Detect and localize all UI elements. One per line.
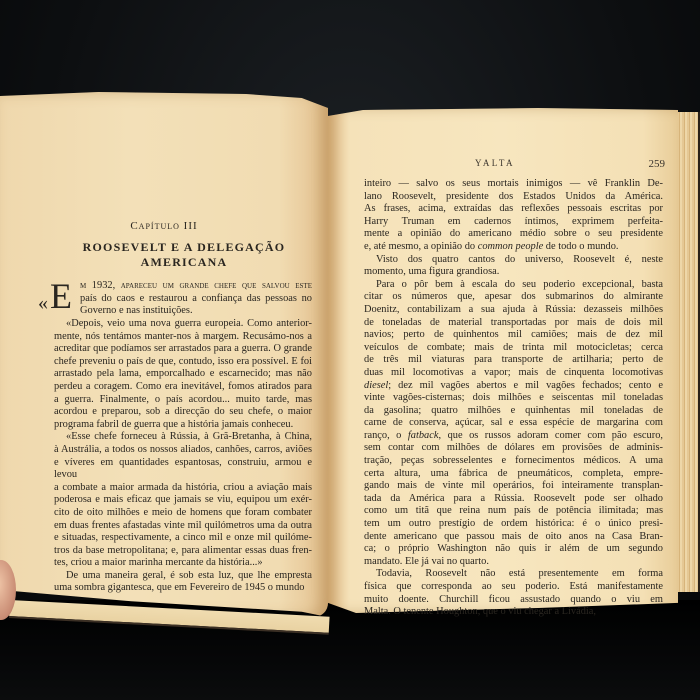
text-line: De uma maneira geral, é sob esta luz, qu… <box>54 570 312 583</box>
text-line: carne de conserva, açúcar, sal e essa es… <box>364 417 663 430</box>
text-line: tes, criou a maior marinha mercante da h… <box>54 557 312 570</box>
text-line: tros da base metropolitana; e, para alim… <box>54 545 312 558</box>
text-line: duas mil locomotivas a vapor; mais de ci… <box>364 367 663 380</box>
text-line: Doenitz, contabilizam a sua ajuda à Rúss… <box>364 304 663 317</box>
text-line: mente a opinião do americano médio sobre… <box>364 228 663 241</box>
paragraph: De uma maneira geral, é sob esta luz, qu… <box>54 570 312 595</box>
text-line: Governo e nas instituições. <box>80 305 312 318</box>
drop-cap-letter: E <box>50 278 72 314</box>
text-line: e situadas, respectivamente, a cinco mil… <box>54 532 312 545</box>
italic-term: diesel <box>364 380 388 391</box>
text-line: de toneladas de material transportadas p… <box>364 317 663 330</box>
paragraph: «Depois, veio uma nova guerra europeia. … <box>54 318 312 431</box>
paragraph: «Esse chefe forneceu à Rússia, à Grã-Bre… <box>54 431 312 570</box>
opening-paragraph: m 1932, apareceu um grande chefe que sal… <box>80 280 312 318</box>
text-line: momento, uma figura grandiosa. <box>364 266 663 279</box>
text-line: Todavia, Roosevelt não está presentement… <box>364 568 663 581</box>
text-line: tada da América para a Rússia. Roosevelt… <box>364 493 663 506</box>
text-line: lano Roosevelt, presidente dos Estados U… <box>364 191 663 204</box>
text-line: diesel; dez mil vagões abertos e mil vag… <box>364 380 663 393</box>
text-line: ca; o próprio Washington não quis ir alé… <box>364 543 663 556</box>
text-line: poderosa e mais eficaz que jamais se viu… <box>54 494 312 507</box>
paragraph: Para o pôr bem à escala do seu poderio e… <box>364 279 663 569</box>
text-line: gando mais de vinte mil operários, foi i… <box>364 480 663 493</box>
text-line: Visto dos quatro cantos do universo, Roo… <box>364 254 663 267</box>
chapter-label: Capítulo III <box>0 220 328 232</box>
text-line: chefe preveniu o país de que, contudo, i… <box>54 356 312 369</box>
text-line: a guerra. Finalmente, o país acordou... … <box>54 394 312 407</box>
text-line: à Austrália, a todos os nossos aliados, … <box>54 444 312 457</box>
text-line: acordou e preparou, sob a direcção do se… <box>54 406 312 419</box>
running-header-title: YALTA <box>475 158 515 168</box>
text-line: citar os números que, apesar dos submari… <box>364 291 663 304</box>
text-line: de três mil viaturas para transporte de … <box>364 354 663 367</box>
text-line: uma sombra gigantesca, que em Fevereiro … <box>54 582 312 595</box>
text-line: muito doente. Churchill ficou assustado … <box>364 594 663 607</box>
page-number: 259 <box>649 158 666 170</box>
text-line: tem um outro prestígio de ordem históric… <box>364 518 663 531</box>
text-line: veículos de combate; mais de trinta mil … <box>364 342 663 355</box>
paragraph: inteiro — salvo os seus mortais inimigos… <box>364 178 663 254</box>
text-line: física que corresponda ao seu poderio. E… <box>364 581 663 594</box>
drop-cap-quote: « <box>38 292 48 315</box>
text-line: arrastado pela lama, emporcalhado e esca… <box>54 368 312 381</box>
text-line: a combate a maior armada da história, cr… <box>54 482 312 495</box>
text-line: «Depois, veio uma nova guerra europeia. … <box>54 318 312 331</box>
text-line: mente, nós tentámos manter-nos à margem.… <box>54 331 312 344</box>
text-line: Para o pôr bem à escala do seu poderio e… <box>364 279 663 292</box>
text-line: navios; perto de quinhentos mil camiões;… <box>364 329 663 342</box>
text-line: m 1932, apareceu um grande chefe que sal… <box>80 280 312 293</box>
text-line: tração, peças sobresselentes e fornecime… <box>364 455 663 468</box>
text-line: Malta. O tenente Houghton, que o viu che… <box>364 606 663 619</box>
text-line: como um titã que reina num país de potên… <box>364 505 663 518</box>
left-body: «Depois, veio uma nova guerra europeia. … <box>54 318 312 595</box>
italic-term: fatback <box>408 430 439 441</box>
text-line: inteiro — salvo os seus mortais inimigos… <box>364 178 663 191</box>
text-line: Harry Truman em cadernos íntimos, exprim… <box>364 216 663 229</box>
text-line: dente americano que passou mais de oito … <box>364 531 663 544</box>
text-line: programa fabril de guerra que a história… <box>54 419 312 432</box>
text-line: cito de oito milhões e meio de homens qu… <box>54 507 312 520</box>
text-line: e, até mesmo, a opinião do common people… <box>364 241 663 254</box>
text-line: «Esse chefe forneceu à Rússia, à Grã-Bre… <box>54 431 312 444</box>
text-line: da gasolina; quatro milhões e quinhentas… <box>364 405 663 418</box>
text-line: país do caos e restaurou a confiança das… <box>80 293 312 306</box>
right-body: inteiro — salvo os seus mortais inimigos… <box>364 178 663 619</box>
text-line: ranço, o fatback, que os russos adoram c… <box>364 430 663 443</box>
text-line: sem contar com milhões de dólares em pro… <box>364 442 663 455</box>
text-line: vinte vagões-cisternas; dois milhões e s… <box>364 392 663 405</box>
text-line: perdeu a coragem. Como era inevitável, f… <box>54 381 312 394</box>
italic-term: common people <box>478 241 544 252</box>
text-line: acreditar que podíamos ser arrastados pa… <box>54 343 312 356</box>
text-line: certa altura, uma fábrica de pneumáticos… <box>364 468 663 481</box>
paragraph: Visto dos quatro cantos do universo, Roo… <box>364 254 663 279</box>
text-line: em duas frentes afastadas vinte mil quil… <box>54 520 312 533</box>
paragraph: Todavia, Roosevelt não está presentement… <box>364 568 663 618</box>
text-line: mandato. Ele já vai no quarto. <box>364 556 663 569</box>
chapter-title: ROOSEVELT E A DELEGAÇÃO AMERICANA <box>52 240 316 270</box>
text-line: As frases, acima, extraídas das reflexõe… <box>364 203 663 216</box>
text-line: e víveres em quantidades espantosas, con… <box>54 457 312 482</box>
